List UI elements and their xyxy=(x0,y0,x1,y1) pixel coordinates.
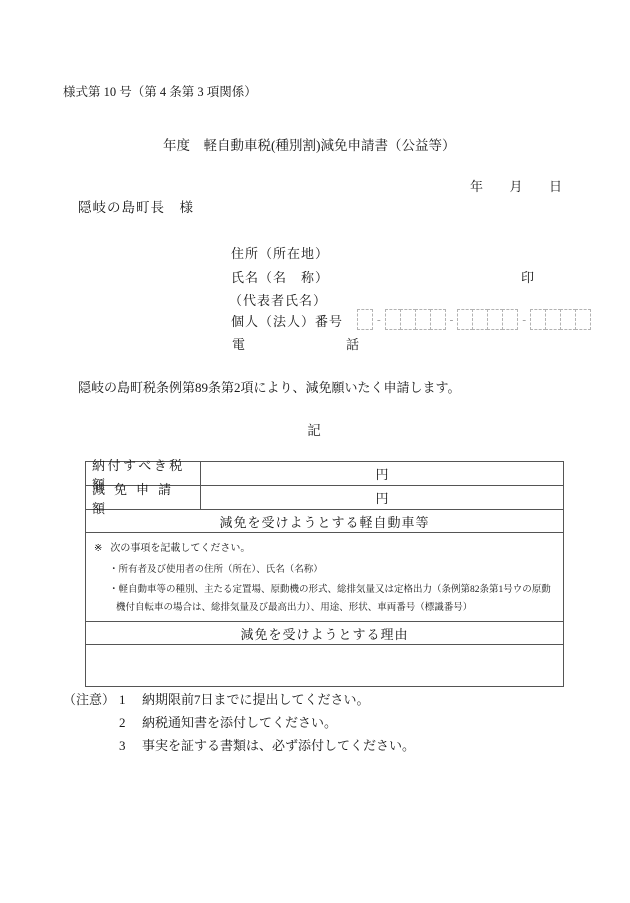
note-marker: ※ xyxy=(94,543,102,554)
exemption-amount-label: 減免申請額 xyxy=(86,486,201,509)
reason-section-header: 減免を受けようとする理由 xyxy=(86,621,563,644)
number-box[interactable] xyxy=(575,309,591,330)
personal-number-boxes[interactable]: --- xyxy=(357,309,591,330)
number-box[interactable] xyxy=(545,309,561,330)
number-box[interactable] xyxy=(385,309,401,330)
note-intro: ※次の事項を記載してください。 xyxy=(94,539,555,554)
number-box-group xyxy=(457,309,518,330)
ki-heading: 記 xyxy=(0,419,630,439)
tax-exemption-application-form: 様式第 10 号（第 4 条第 3 項関係） 年度 軽自動車税(種別割)減免申請… xyxy=(0,0,630,903)
date-month-label: 月 xyxy=(509,176,522,195)
number-box[interactable] xyxy=(400,309,416,330)
reason-input-area[interactable] xyxy=(86,644,563,686)
number-box[interactable] xyxy=(487,309,503,330)
number-box[interactable] xyxy=(357,309,373,330)
note-intro-text: 次の事項を記載してください。 xyxy=(110,543,250,554)
representative-name-label: （代表者氏名） xyxy=(229,290,327,309)
notice-number: 3 xyxy=(119,738,142,753)
application-table: 納付すべき税額 円 減免申請額 円 減免を受けようとする軽自動車等 ※次の事項を… xyxy=(85,461,564,687)
tax-due-value-cell[interactable]: 円 xyxy=(201,462,563,485)
number-box[interactable] xyxy=(502,309,518,330)
addressee: 隠岐の島町長 様 xyxy=(78,196,194,216)
table-row-exemption-amount: 減免申請額 円 xyxy=(86,485,563,509)
number-box[interactable] xyxy=(472,309,488,330)
number-box-group xyxy=(530,309,591,330)
number-box[interactable] xyxy=(530,309,546,330)
notice-text: 納税通知書を添付してください。 xyxy=(142,715,337,730)
notice-number: 1 xyxy=(119,692,142,707)
phone-label: 電 話 xyxy=(232,334,359,353)
notice-row: 2 納税通知書を添付してください。 xyxy=(63,715,415,730)
name-label: 氏名（名 称） xyxy=(231,267,329,286)
notice-text: 納期限前7日までに提出してください。 xyxy=(142,692,370,707)
date-year-label: 年 xyxy=(470,176,483,195)
date-day-label: 日 xyxy=(549,176,562,195)
phone-label-left: 電 xyxy=(232,334,245,353)
note-item-vehicle-spec: ・軽自動車等の種別、主たる定置場、原動機の形式、総排気量又は定格出力（条例第82… xyxy=(94,581,555,617)
number-box[interactable] xyxy=(430,309,446,330)
number-box-separator: - xyxy=(450,314,454,326)
notice-text: 事実を証する書類は、必ず添付してください。 xyxy=(142,738,415,753)
vehicle-details-area[interactable]: ※次の事項を記載してください。 ・所有者及び使用者の住所（所在）、氏名（名称） … xyxy=(86,532,563,621)
notice-label: （注意） xyxy=(63,692,119,707)
exemption-amount-value-cell[interactable]: 円 xyxy=(201,486,563,509)
notice-row: 3 事実を証する書類は、必ず添付してください。 xyxy=(63,738,415,753)
number-box-group xyxy=(385,309,446,330)
note-item-owner: ・所有者及び使用者の住所（所在）、氏名（名称） xyxy=(94,561,555,579)
seal-mark: 印 xyxy=(521,267,534,286)
date-line: 年 月 日 xyxy=(470,176,562,195)
number-box-separator: - xyxy=(377,314,381,326)
number-box[interactable] xyxy=(457,309,473,330)
notice-row: （注意） 1 納期限前7日までに提出してください。 xyxy=(63,692,415,707)
notice-number: 2 xyxy=(119,715,142,730)
number-box[interactable] xyxy=(415,309,431,330)
number-box-group xyxy=(357,309,373,330)
number-box-separator: - xyxy=(522,314,526,326)
application-statement: 隠岐の島町税条例第89条第2項により、減免願いたく申請します。 xyxy=(78,377,460,396)
form-number: 様式第 10 号（第 4 条第 3 項関係） xyxy=(63,82,257,100)
number-box[interactable] xyxy=(560,309,576,330)
page-title: 年度 軽自動車税(種別割)減免申請書（公益等） xyxy=(163,134,456,154)
notice-section: （注意） 1 納期限前7日までに提出してください。 2 納税通知書を添付してくだ… xyxy=(63,692,415,761)
phone-label-right: 話 xyxy=(346,334,359,353)
personal-corporate-number-label: 個人（法人）番号 xyxy=(231,311,343,330)
address-label: 住所（所在地） xyxy=(231,243,329,262)
